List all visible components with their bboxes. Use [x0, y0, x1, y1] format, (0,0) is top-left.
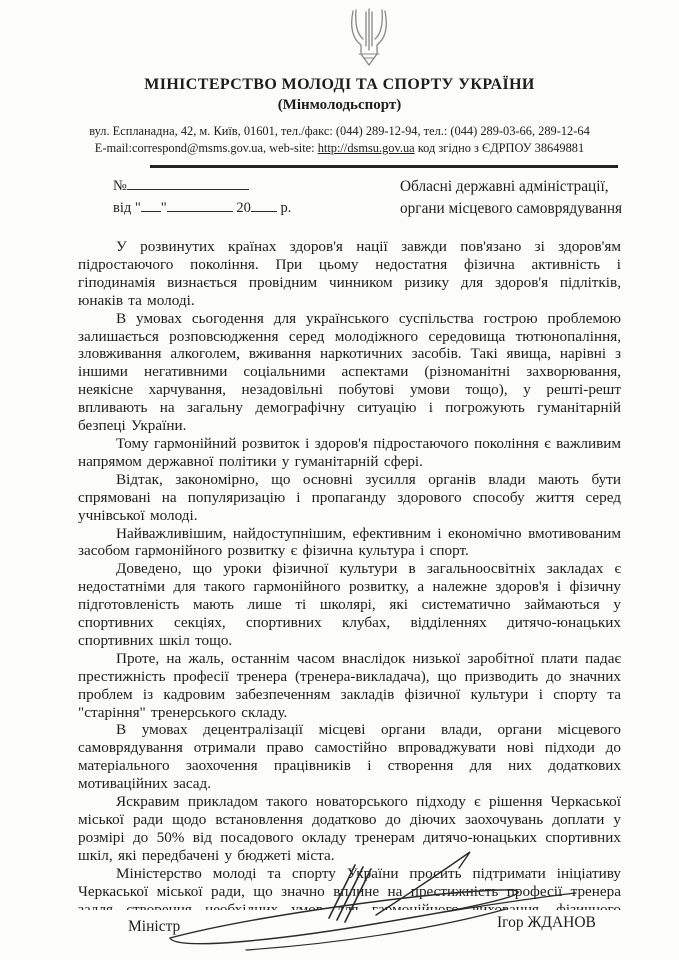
body-paragraph: У розвинутих країнах здоров'я нації завж…	[78, 238, 621, 310]
date-prefix: від "	[113, 200, 141, 216]
body-paragraph: Тому гармонійний розвиток і здоров'я під…	[78, 435, 621, 471]
edrpou-text: код згідно з ЄДРПОУ 38649881	[415, 141, 585, 155]
body-paragraph: Доведено, що уроки фізичної культури в з…	[78, 560, 621, 650]
ministry-short-name: (Мінмолодьспорт)	[0, 97, 679, 114]
email-text: E-mail:correspond@msms.gov.ua, web-site:	[95, 141, 318, 155]
recipient-line: Обласні державні адміністрації,	[400, 176, 640, 198]
contact-line: E-mail:correspond@msms.gov.ua, web-site:…	[0, 141, 679, 156]
date-year: 20	[236, 200, 251, 216]
address-line: вул. Еспланадна, 42, м. Київ, 01601, тел…	[0, 124, 679, 139]
letter-body: У розвинутих країнах здоров'я нації завж…	[78, 238, 621, 910]
number-blank	[127, 175, 249, 190]
body-paragraph: В умовах сьогодення для українського сус…	[78, 310, 621, 435]
recipient-line: органи місцевого самоврядування	[400, 198, 640, 220]
reference-date-line: від "" 20 р.	[113, 197, 291, 219]
signatory-name: Ігор ЖДАНОВ	[497, 914, 596, 932]
number-label: №	[113, 178, 127, 194]
reference-block: № від "" 20 р.	[113, 175, 291, 219]
ukraine-trident-icon	[346, 8, 392, 68]
day-blank	[141, 197, 161, 212]
recipient-block: Обласні державні адміністрації, органи м…	[400, 176, 640, 219]
date-suffix: р.	[280, 200, 291, 216]
body-paragraph: Найважливішим, найдоступнішим, ефективни…	[78, 525, 621, 561]
reference-number-line: №	[113, 175, 291, 197]
handwritten-signature	[148, 846, 588, 956]
ministry-title: МІНІСТЕРСТВО МОЛОДІ ТА СПОРТУ УКРАЇНИ	[0, 76, 679, 94]
scanned-letter-page: МІНІСТЕРСТВО МОЛОДІ ТА СПОРТУ УКРАЇНИ (М…	[0, 0, 679, 960]
header-divider	[150, 165, 618, 168]
website-link: http://dsmsu.gov.ua	[318, 141, 415, 155]
month-blank	[167, 197, 233, 212]
body-paragraph: В умовах децентралізації місцеві органи …	[78, 721, 621, 793]
body-paragraph: Відтак, закономірно, що основні зусилля …	[78, 471, 621, 525]
body-paragraph: Проте, на жаль, останнім часом внаслідок…	[78, 650, 621, 722]
year-blank	[251, 197, 277, 212]
